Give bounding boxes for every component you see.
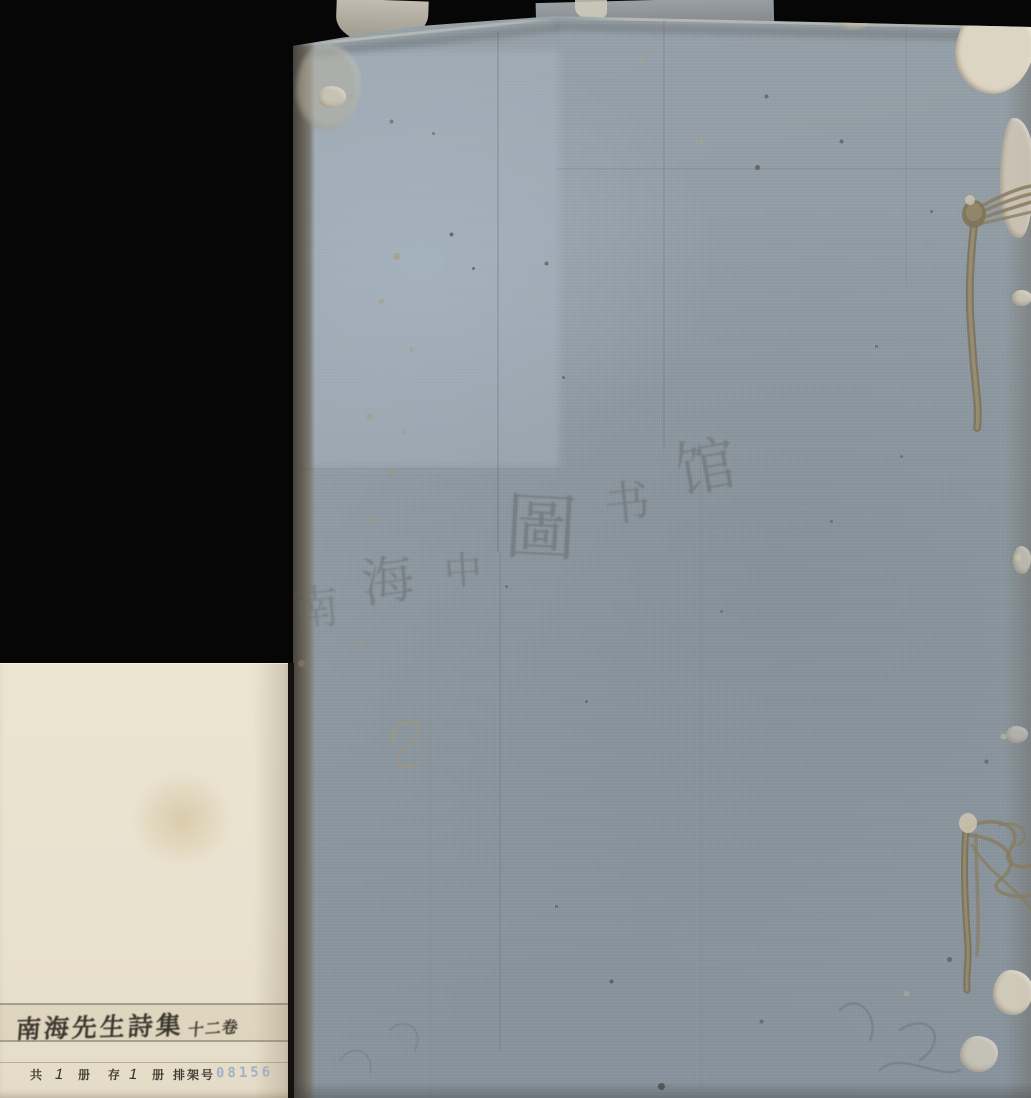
label-stain [136,775,228,863]
library-label: 南海先生詩集 十二卷 共 1 册 存 1 册 排架号 08156 [0,663,288,1098]
binding-cord-top [930,150,1031,450]
field-total-label: 共 [30,1066,42,1083]
faint-pencil-marks [330,1000,440,1090]
dirt-speckles [0,0,3,3]
crease-line [497,32,499,552]
field-unit-label-2: 册 [152,1066,164,1083]
label-rule [0,1062,288,1063]
label-title: 南海先生詩集 [15,1006,186,1046]
field-holdings-value: 1 [127,1066,139,1083]
binding-cord-bottom [930,795,1031,995]
gap-shadow [288,663,294,1098]
inscription-char: 南 [291,583,341,633]
faint-pencil-marks [820,980,980,1098]
call-number-stamp: 08156 [216,1065,273,1082]
label-rule [0,1003,288,1005]
crease-line [700,450,701,1090]
inscription-char: 书 [602,478,653,529]
scan-scene: 南 海 中 圖 书 馆 南海先生詩集 十二卷 共 1 册 存 1 册 排架号 0… [0,0,1031,1098]
inscription-char: 中 [443,551,484,592]
field-holdings-label: 存 [108,1066,120,1083]
inscription-char: 圖 [503,490,579,566]
label-volumes: 十二卷 [187,1014,240,1041]
field-unit-label-1: 册 [78,1066,90,1083]
inscription-char: 海 [359,553,418,612]
stain-speckles [0,0,3,3]
crease-line [905,26,907,286]
inscription-char: 馆 [671,433,741,503]
field-total-value: 1 [53,1066,65,1083]
cover-left-edge [293,40,315,1098]
crease-line [300,468,560,470]
field-shelf-label: 排架号 [173,1066,215,1083]
crease-line [663,20,665,450]
stain-scribble [386,712,450,776]
crease-line [499,552,501,1052]
